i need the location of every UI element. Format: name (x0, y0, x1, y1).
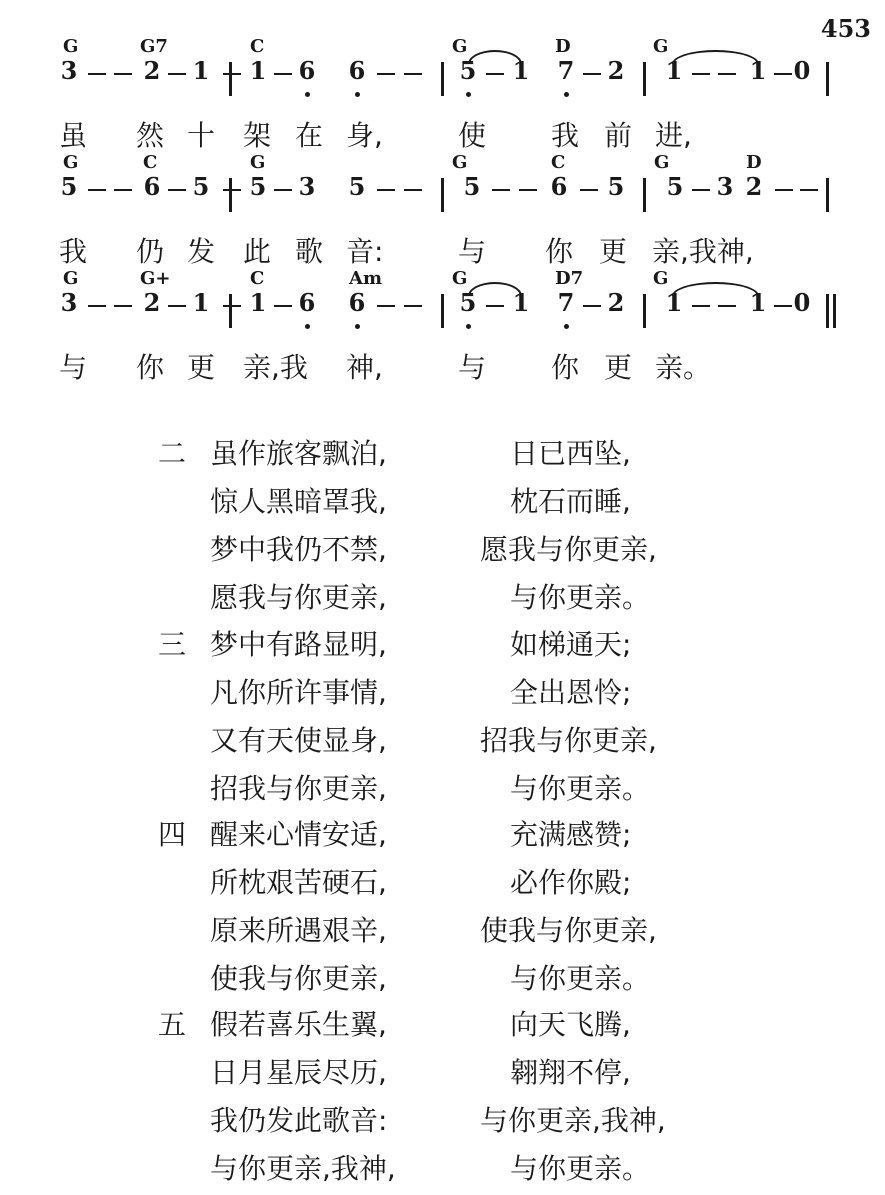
barline (441, 62, 444, 96)
lyric-syllable: 更 (604, 346, 632, 386)
lower-octave-dot (564, 92, 569, 97)
lyric-syllable: 我 (59, 230, 87, 270)
verse-text-left: 假若喜乐生翼, (210, 1003, 387, 1043)
note: 6 (297, 56, 317, 85)
note: 2 (142, 56, 162, 85)
lyric-syllable: 仍 (136, 230, 164, 270)
lyric-syllable: 与 (458, 230, 486, 270)
chord-symbol: G (452, 152, 467, 173)
note: 6 (297, 288, 317, 317)
duration-dash (774, 305, 792, 307)
lyric-syllable: 身, (346, 114, 383, 154)
verse-text-right: 与你更亲。 (510, 576, 650, 616)
verse-line: 所枕艰苦硬石,必作你殿; (158, 861, 718, 909)
duration-dash (492, 189, 510, 191)
score-row: GCGGCGD565535565532 (0, 152, 885, 232)
chord-symbol: D (746, 152, 762, 173)
verse-line: 又有天使显身,招我与你更亲, (158, 719, 718, 767)
note: 1 (248, 288, 268, 317)
chord-symbol: D7 (555, 268, 583, 289)
chord-symbol: G (250, 152, 265, 173)
note: 5 (665, 172, 685, 201)
duration-dash (486, 73, 504, 75)
lyric-syllable: 前 (604, 114, 632, 154)
verse: 四醒来心情安适,充满感赞;所枕艰苦硬石,必作你殿;原来所遇艰辛,使我与你更亲,使… (158, 813, 718, 1001)
verse-line: 四醒来心情安适,充满感赞; (158, 813, 718, 861)
verse-line: 惊人黑暗罩我,枕石而睡, (158, 480, 718, 528)
verse-line: 招我与你更亲,与你更亲。 (158, 767, 718, 811)
duration-dash (114, 73, 132, 75)
score-row: GG7CGDG3211665172110 (0, 36, 885, 116)
verse-text-left: 原来所遇艰辛, (210, 909, 387, 949)
duration-dash (88, 73, 106, 75)
verse: 三梦中有路显明,如梯通天;凡你所许事情,全出恩怜;又有天使显身,招我与你更亲,招… (158, 623, 718, 811)
verse-text-left: 醒来心情安适, (210, 813, 387, 853)
verse-text-right: 愿我与你更亲, (480, 528, 657, 568)
duration-dash (692, 189, 710, 191)
verse-text-left: 又有天使显身, (210, 719, 387, 759)
duration-dash (223, 305, 241, 307)
lyric-syllable: 亲。 (655, 346, 711, 386)
verse-line: 梦中我仍不禁,愿我与你更亲, (158, 528, 718, 576)
verse-text-right: 向天飞腾, (510, 1003, 631, 1043)
note: 6 (347, 56, 367, 85)
verse-text-right: 全出恩怜; (510, 671, 631, 711)
lyric-syllable: 你 (136, 346, 164, 386)
lower-octave-dot (355, 92, 360, 97)
duration-dash (583, 305, 601, 307)
lyric-syllable: 与 (59, 346, 87, 386)
barline (229, 62, 232, 96)
verse-text-left: 愿我与你更亲, (210, 576, 387, 616)
note: 7 (556, 288, 576, 317)
duration-dash (800, 189, 818, 191)
lyric-syllable: 神, (346, 346, 383, 386)
duration-dash (223, 189, 241, 191)
tie-slur (672, 282, 759, 296)
verse-text-right: 与你更亲。 (510, 767, 650, 807)
duration-dash (775, 189, 793, 191)
duration-dash (486, 305, 504, 307)
duration-dash (404, 189, 422, 191)
duration-dash (168, 305, 186, 307)
verse-text-left: 所枕艰苦硬石, (210, 861, 387, 901)
chord-symbol: C (250, 36, 264, 57)
lyric-syllable: 更 (187, 346, 215, 386)
verse-text-left: 与你更亲,我神, (210, 1147, 396, 1187)
tie-slur (468, 282, 522, 296)
final-barline (826, 294, 829, 328)
lyric-syllable: 你 (551, 346, 579, 386)
verse-text-right: 与你更亲,我神, (480, 1099, 666, 1139)
verse-line: 二虽作旅客飘泊,日已西坠, (158, 432, 718, 480)
verse: 五假若喜乐生翼,向天飞腾,日月星辰尽历,翱翔不停,我仍发此歌音:与你更亲,我神,… (158, 1003, 718, 1191)
duration-dash (274, 73, 292, 75)
chord-symbol: G (63, 152, 78, 173)
verse-line: 愿我与你更亲,与你更亲。 (158, 576, 718, 620)
chord-symbol: G (452, 36, 467, 57)
note: 7 (556, 56, 576, 85)
chord-symbol: G (653, 268, 668, 289)
note: 5 (59, 172, 79, 201)
duration-dash (88, 189, 106, 191)
tie-slur (468, 50, 522, 64)
note: 6 (142, 172, 162, 201)
verse-text-right: 如梯通天; (510, 623, 631, 663)
verse-line: 与你更亲,我神,与你更亲。 (158, 1147, 718, 1191)
barline (826, 178, 829, 212)
note: 2 (142, 288, 162, 317)
barline (229, 178, 232, 212)
lyric-syllable: 亲,我 (243, 346, 308, 386)
duration-dash (718, 73, 736, 75)
tie-slur (672, 50, 759, 64)
lower-octave-dot (466, 324, 471, 329)
verse: 二虽作旅客飘泊,日已西坠,惊人黑暗罩我,枕石而睡,梦中我仍不禁,愿我与你更亲,愿… (158, 432, 718, 620)
lyric-syllable: 然 (136, 114, 164, 154)
verse-text-right: 充满感赞; (510, 813, 631, 853)
duration-dash (583, 73, 601, 75)
verse-text-left: 使我与你更亲, (210, 957, 387, 997)
lyric-syllable: 虽 (59, 114, 87, 154)
note: 5 (248, 172, 268, 201)
note: 2 (606, 288, 626, 317)
duration-dash (274, 189, 292, 191)
duration-dash (274, 305, 292, 307)
chord-symbol: Am (349, 268, 382, 289)
duration-dash (223, 73, 241, 75)
note: 6 (549, 172, 569, 201)
verse-text-right: 必作你殿; (510, 861, 631, 901)
verse-text-left: 我仍发此歌音: (210, 1099, 387, 1139)
verse-text-left: 梦中有路显明, (210, 623, 387, 663)
lower-octave-dot (466, 92, 471, 97)
score-row: GG+CAmGD7G3211665172110 (0, 268, 885, 348)
lyric-syllable: 在 (295, 114, 323, 154)
duration-dash (377, 189, 395, 191)
note: 1 (191, 56, 211, 85)
lower-octave-dot (355, 324, 360, 329)
lyric-syllable: 使 (458, 114, 486, 154)
duration-dash (168, 189, 186, 191)
verse-line: 凡你所许事情,全出恩怜; (158, 671, 718, 719)
note: 0 (792, 56, 812, 85)
verse-text-right: 使我与你更亲, (480, 909, 657, 949)
barline (643, 294, 646, 328)
lyric-syllable: 发 (187, 230, 215, 270)
note: 5 (606, 172, 626, 201)
verse-text-right: 日已西坠, (510, 432, 631, 472)
verse-line: 五假若喜乐生翼,向天飞腾, (158, 1003, 718, 1051)
lyric-syllable: 与 (458, 346, 486, 386)
barline (643, 178, 646, 212)
chord-symbol: C (551, 152, 565, 173)
chord-symbol: G (654, 152, 669, 173)
note: 3 (59, 56, 79, 85)
chord-symbol: G (63, 36, 78, 57)
lyric-syllable: 你 (545, 230, 573, 270)
verse-line: 三梦中有路显明,如梯通天; (158, 623, 718, 671)
verse-text-right: 与你更亲。 (510, 1147, 650, 1187)
duration-dash (692, 305, 710, 307)
verse-text-left: 虽作旅客飘泊, (210, 432, 387, 472)
lyric-syllable: 十 (187, 114, 215, 154)
verse-number: 四 (158, 813, 186, 853)
duration-dash (404, 305, 422, 307)
verse-text-left: 凡你所许事情, (210, 671, 387, 711)
note: 5 (347, 172, 367, 201)
verse-text-left: 招我与你更亲, (210, 767, 387, 807)
duration-dash (114, 189, 132, 191)
lyric-syllable: 我 (551, 114, 579, 154)
lyric-syllable: 音: (346, 230, 383, 270)
verse-line: 我仍发此歌音:与你更亲,我神, (158, 1099, 718, 1147)
final-barline (833, 294, 836, 328)
lower-octave-dot (305, 92, 310, 97)
verse-line: 原来所遇艰辛,使我与你更亲, (158, 909, 718, 957)
lyric-syllable: 歌 (295, 230, 323, 270)
verse-line: 日月星辰尽历,翱翔不停, (158, 1051, 718, 1099)
barline (643, 62, 646, 96)
chord-symbol: G (63, 268, 78, 289)
duration-dash (404, 73, 422, 75)
chord-symbol: G+ (140, 268, 170, 289)
duration-dash (88, 305, 106, 307)
verse-text-left: 日月星辰尽历, (210, 1051, 387, 1091)
verse-text-left: 惊人黑暗罩我, (210, 480, 387, 520)
verse-number: 三 (158, 623, 186, 663)
duration-dash (774, 73, 792, 75)
barline (229, 294, 232, 328)
note: 3 (715, 172, 735, 201)
duration-dash (114, 305, 132, 307)
verse-text-right: 枕石而睡, (510, 480, 631, 520)
duration-dash (692, 73, 710, 75)
note: 5 (191, 172, 211, 201)
chord-symbol: D (555, 36, 571, 57)
note: 3 (297, 172, 317, 201)
verse-number: 二 (158, 432, 186, 472)
note: 3 (59, 288, 79, 317)
verse-text-right: 翱翔不停, (510, 1051, 631, 1091)
note: 2 (744, 172, 764, 201)
note: 0 (792, 288, 812, 317)
chord-symbol: C (143, 152, 157, 173)
note: 1 (191, 288, 211, 317)
lyric-syllable: 此 (243, 230, 271, 270)
chord-symbol: G (452, 268, 467, 289)
chord-symbol: G7 (140, 36, 168, 57)
lyric-syllable: 进, (655, 114, 692, 154)
verse-number: 五 (158, 1003, 186, 1043)
duration-dash (168, 73, 186, 75)
note: 1 (248, 56, 268, 85)
barline (826, 62, 829, 96)
duration-dash (718, 305, 736, 307)
note: 5 (462, 172, 482, 201)
duration-dash (519, 189, 537, 191)
verse-text-right: 招我与你更亲, (480, 719, 657, 759)
lower-octave-dot (305, 324, 310, 329)
lyric-syllable: 亲,我神, (652, 230, 754, 270)
verse-text-left: 梦中我仍不禁, (210, 528, 387, 568)
barline (441, 178, 444, 212)
verse-text-right: 与你更亲。 (510, 957, 650, 997)
chord-symbol: G (653, 36, 668, 57)
chord-symbol: C (250, 268, 264, 289)
note: 6 (347, 288, 367, 317)
note: 2 (606, 56, 626, 85)
duration-dash (377, 305, 395, 307)
lyric-syllable: 更 (599, 230, 627, 270)
lyric-syllable: 架 (243, 114, 271, 154)
duration-dash (580, 189, 598, 191)
lower-octave-dot (564, 324, 569, 329)
barline (441, 294, 444, 328)
duration-dash (377, 73, 395, 75)
verse-line: 使我与你更亲,与你更亲。 (158, 957, 718, 1001)
